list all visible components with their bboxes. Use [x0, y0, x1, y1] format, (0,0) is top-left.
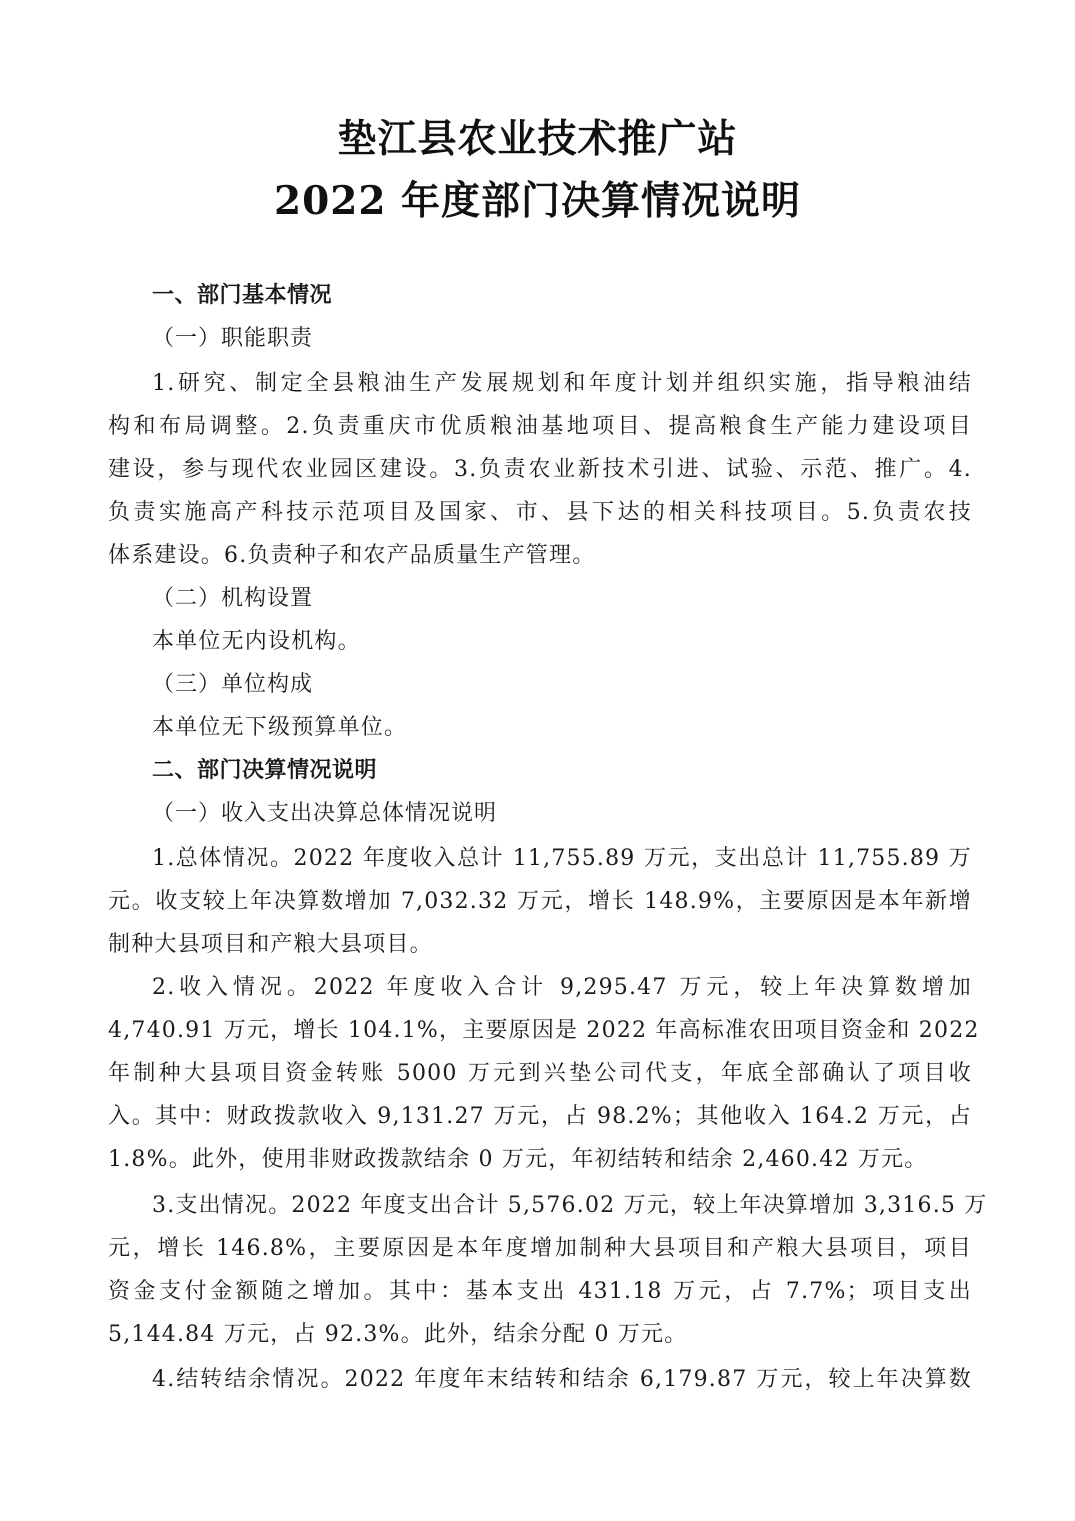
paragraph-line: 资金支付金额随之增加。其中：基本支出 431.18 万元，占 7.7%；项目支出: [108, 1277, 972, 1307]
subsection-heading-1-1: （一）职能职责: [152, 324, 1016, 354]
section-heading-2: 二、部门决算情况说明: [152, 756, 1016, 786]
paragraph-line: 5,144.84 万元，占 92.3%。此外，结余分配 0 万元。: [108, 1320, 972, 1350]
paragraph-line: 体系建设。6.负责种子和农产品质量生产管理。: [108, 541, 972, 571]
paragraph-line: 1.8%。此外，使用非财政拨款结余 0 万元，年初结转和结余 2,460.42 …: [108, 1145, 972, 1175]
paragraph-line: 本单位无下级预算单位。: [152, 713, 1016, 743]
paragraph-line: 构和布局调整。2.负责重庆市优质粮油基地项目、提高粮食生产能力建设项目: [108, 412, 972, 442]
paragraph-line: 建设，参与现代农业园区建设。3.负责农业新技术引进、试验、示范、推广。4.: [108, 455, 972, 485]
paragraph-line: 年制种大县项目资金转账 5000 万元到兴垫公司代支，年底全部确认了项目收: [108, 1059, 972, 1089]
subsection-heading-1-2: （二）机构设置: [152, 584, 1016, 614]
paragraph-line: 负责实施高产科技示范项目及国家、市、县下达的相关科技项目。5.负责农技: [108, 498, 972, 528]
document-title-line-2: 2022 年度部门决算情况说明: [0, 170, 1075, 226]
paragraph-line: 元，增长 146.8%，主要原因是本年度增加制种大县项目和产粮大县项目，项目: [108, 1234, 972, 1264]
paragraph-line: 制种大县项目和产粮大县项目。: [108, 930, 972, 960]
paragraph-line: 4,740.91 万元，增长 104.1%，主要原因是 2022 年高标准农田项…: [108, 1016, 972, 1046]
subsection-heading-2-1: （一）收入支出决算总体情况说明: [152, 799, 1016, 829]
paragraph-line: 1.总体情况。2022 年度收入总计 11,755.89 万元，支出总计 11,…: [152, 844, 972, 874]
paragraph-line: 4.结转结余情况。2022 年度年末结转和结余 6,179.87 万元，较上年决…: [152, 1365, 972, 1395]
document-title-line-1: 垫江县农业技术推广站: [0, 108, 1075, 164]
paragraph-line: 1.研究、制定全县粮油生产发展规划和年度计划并组织实施，指导粮油结: [152, 369, 972, 399]
paragraph-line: 2.收入情况。2022 年度收入合计 9,295.47 万元，较上年决算数增加: [152, 973, 972, 1003]
paragraph-line: 3.支出情况。2022 年度支出合计 5,576.02 万元，较上年决算增加 3…: [152, 1191, 972, 1221]
section-heading-1: 一、部门基本情况: [152, 281, 1016, 311]
subsection-heading-1-3: （三）单位构成: [152, 670, 1016, 700]
paragraph-line: 入。其中：财政拨款收入 9,131.27 万元，占 98.2%；其他收入 164…: [108, 1102, 972, 1132]
paragraph-line: 本单位无内设机构。: [152, 627, 1016, 657]
paragraph-line: 元。收支较上年决算数增加 7,032.32 万元，增长 148.9%，主要原因是…: [108, 887, 972, 917]
